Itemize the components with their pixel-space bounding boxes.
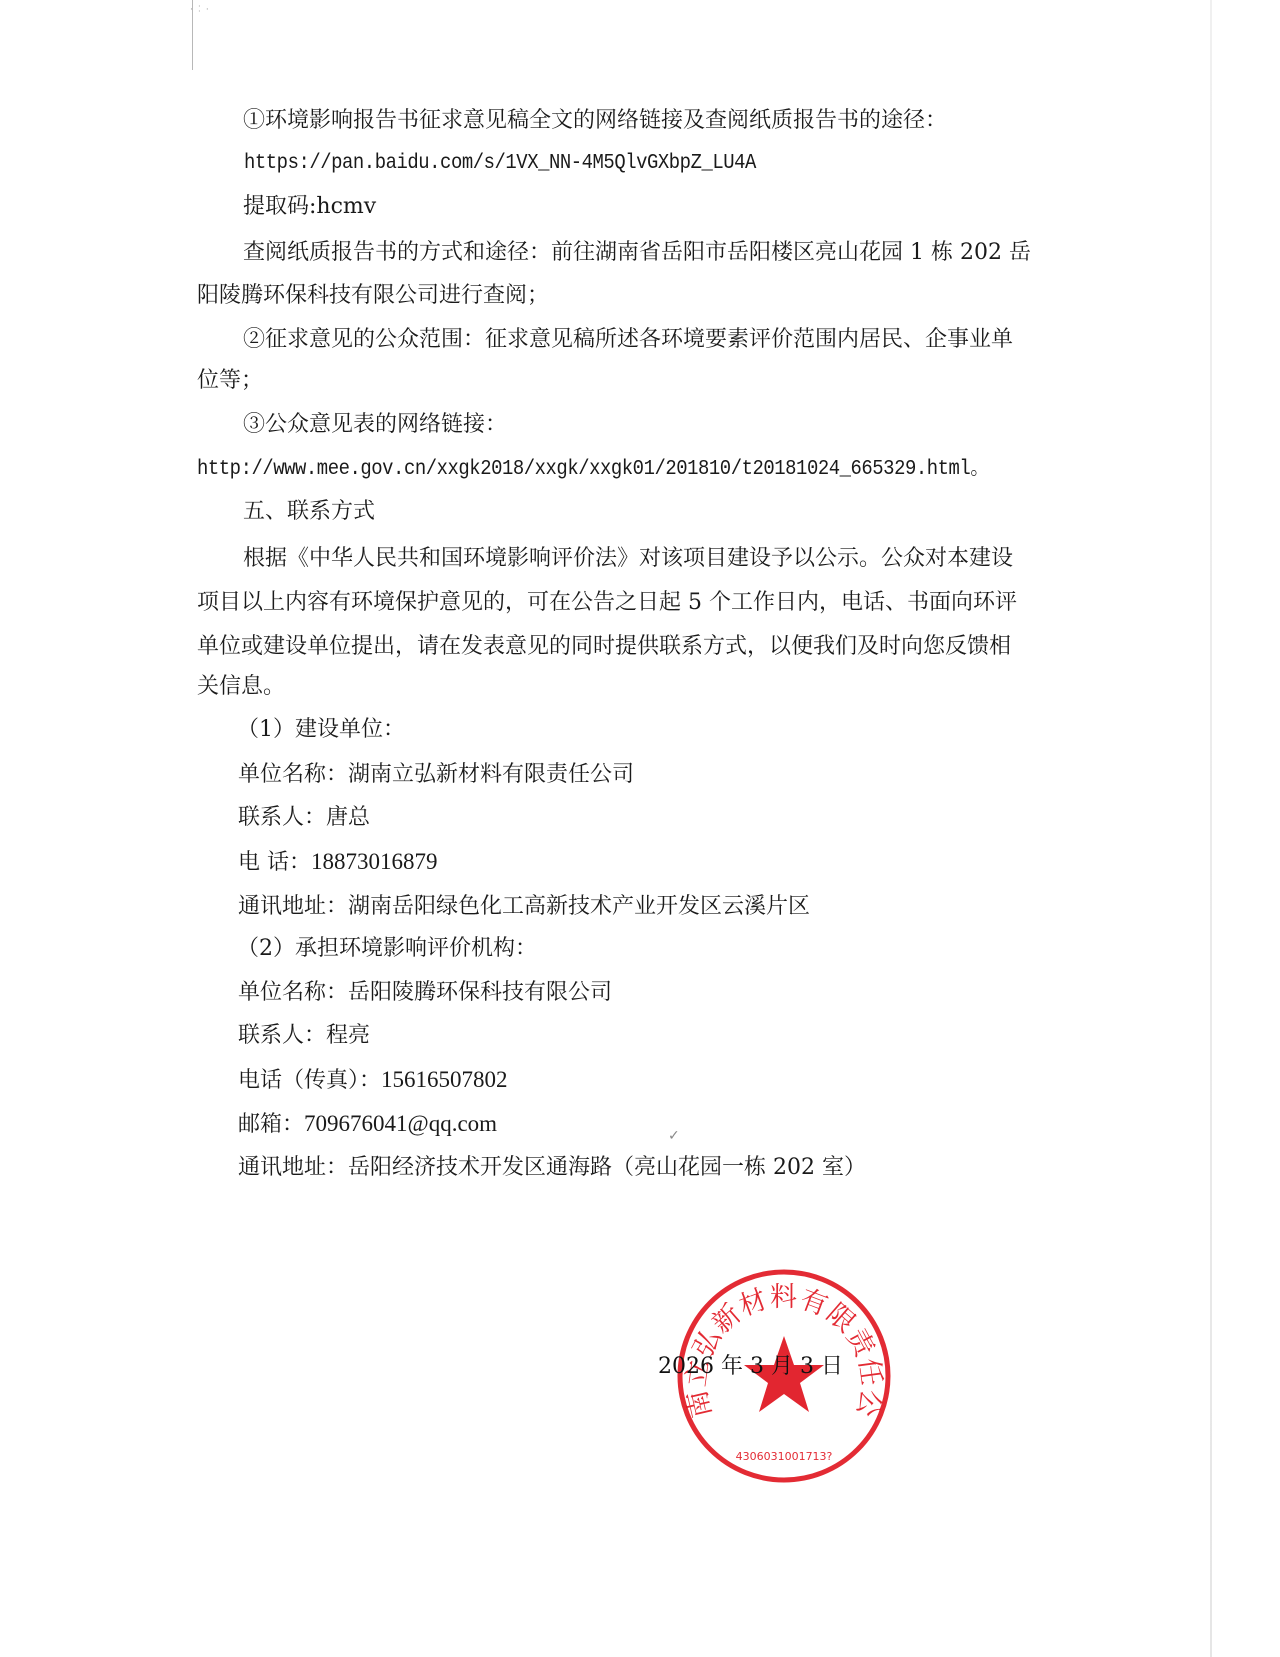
pencil-mark: ✓: [668, 1128, 680, 1144]
builder-contact: 联系人：唐总: [238, 803, 370, 833]
builder-name: 单位名称：湖南立弘新材料有限责任公司: [238, 760, 634, 790]
eia-email-row: 邮箱：709676041@qq.com: [238, 1109, 497, 1140]
item1-url[interactable]: https://pan.baidu.com/s/1VX_NN-4M5QlvGXb…: [244, 149, 756, 179]
para-line-a: 根据《中华人民共和国环境影响评价法》对该项目建设予以公示。公众对本建设: [243, 544, 1013, 574]
eia-heading: （2）承担环境影响评价机构：: [237, 934, 537, 964]
document-date: 2026 年 3 月 3 日: [658, 1352, 843, 1382]
para-line-b: 项目以上内容有环境保护意见的，可在公告之日起 5 个工作日内，电话、书面向环评: [197, 588, 1017, 618]
item1-paper-line-b: 阳陵腾环保科技有限公司进行查阅；: [197, 281, 549, 311]
para-line-d: 关信息。: [197, 672, 285, 702]
eia-phone-row: 电话（传真）：15616507802: [238, 1065, 508, 1096]
builder-heading: （1）建设单位：: [237, 715, 405, 745]
eia-contact: 联系人：程亮: [238, 1021, 370, 1051]
page-edge: [1210, 0, 1212, 1657]
eia-name: 单位名称：岳阳陵腾环保科技有限公司: [238, 978, 612, 1008]
eia-phone-label: 电话（传真）：: [238, 1068, 381, 1093]
builder-phone-row: 电 话：18873016879: [238, 847, 438, 878]
eia-email-label: 邮箱：: [238, 1112, 304, 1137]
item2-line-a: ②征求意见的公众范围：征求意见稿所述各环境要素评价范围内居民、企事业单: [243, 325, 1013, 355]
para-line-c: 单位或建设单位提出，请在发表意见的同时提供联系方式，以便我们及时向您反馈相: [197, 632, 1011, 662]
seal-number: 4306031001713?: [736, 1450, 833, 1463]
item3-heading: ③公众意见表的网络链接：: [243, 410, 507, 440]
builder-phone: 18873016879: [311, 849, 438, 874]
eia-address: 通讯地址：岳阳经济技术开发区通海路（亮山花园一栋 202 室）: [238, 1153, 866, 1183]
item3-url[interactable]: http://www.mee.gov.cn/xxgk2018/xxgk/xxgk…: [197, 455, 989, 485]
eia-email[interactable]: 709676041@qq.com: [304, 1111, 497, 1136]
section5-title: 五、联系方式: [243, 497, 375, 527]
builder-phone-label: 电 话：: [238, 850, 311, 875]
item1-code: 提取码:hcmv: [243, 192, 376, 222]
item2-line-b: 位等；: [197, 366, 263, 396]
eia-phone: 15616507802: [381, 1067, 508, 1092]
builder-address: 通讯地址：湖南岳阳绿色化工高新技术产业开发区云溪片区: [238, 892, 810, 922]
scan-noise: ·︰·: [190, 2, 211, 15]
item1-paper-line-a: 查阅纸质报告书的方式和途径：前往湖南省岳阳市岳阳楼区亮山花园 1 栋 202 岳: [243, 238, 1031, 268]
item1-heading: ①环境影响报告书征求意见稿全文的网络链接及查阅纸质报告书的途径：: [243, 106, 947, 136]
